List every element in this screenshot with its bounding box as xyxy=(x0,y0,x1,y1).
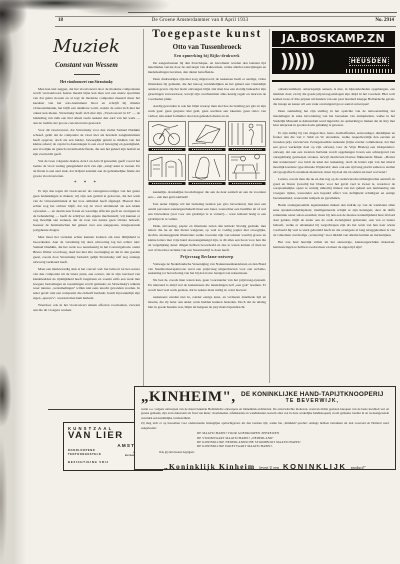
boskamp-logo-mark: ))))) HEUSDEN xyxy=(272,48,395,74)
column-divider xyxy=(143,29,144,417)
muziek-title: Muziek xyxy=(33,36,140,57)
six-panel-illustration xyxy=(148,121,266,187)
toegepast-paragraph: De aangeslotenen bij den Postchèque- en … xyxy=(148,61,266,76)
kinheim-title-line2: TE BEVERWIJK, xyxy=(236,398,389,404)
toegepast-paragraph: Aardig gevonden is ook het biljet waarop… xyxy=(148,104,266,119)
kinheim-client-list: DE MAATSCHAPPIJ VOOR GOEDKOOPEN ZEEREIZE… xyxy=(197,431,389,448)
newspaper-page: 18 De Groene Amsterdammer van 8 April 19… xyxy=(0,0,400,564)
right-paragraph: Deze aanleiding het zijn stelling in het… xyxy=(273,109,395,129)
boskamp-shapes-icon: ))))) xyxy=(272,49,343,73)
vanlier-tentoongesteld: TENTOONGESTELD xyxy=(68,453,101,456)
rule xyxy=(272,80,395,82)
column-toegepaste-kunst: Toegepaste kunst Otto van Tussenbroeck E… xyxy=(148,28,266,384)
boskamp-logo-text: JA.BOSKAMP.ZN xyxy=(272,31,395,47)
right-paragraph: Er zijn stellig bij van dragen hier, bet… xyxy=(273,131,395,175)
toegepaste-kunst-title: Toegepaste kunst xyxy=(148,28,266,40)
kinheim-ad: „KINHEIM", DE KONINKLIJKE HAND-TAPIJTKNO… xyxy=(134,386,396,470)
muziek-paragraph: Van de twee volgende deelen, Aria I en A… xyxy=(33,159,140,179)
toegepast-paragraph: Vanwege de Nederlandsche Vereeniging van… xyxy=(148,262,266,277)
muziek-paragraph: Men kan niet zeggen, dat het vioolconcer… xyxy=(33,87,140,126)
right-paragraph: onbekwaamheid, onberispelijk aaneen, is … xyxy=(273,87,395,107)
kinheim-slogan-part: „Koninklijk Kinheim xyxy=(164,462,255,471)
toegepast-paragraph: Deze drukwerkjes zijn met zorg uitgevoer… xyxy=(148,77,266,101)
stars-separator: * * * xyxy=(33,181,140,186)
muziek-byline: Constant van Wessem xyxy=(33,61,140,69)
subheading-rijksdrukwerk: Een opmerking bij Rijks-drukwerk xyxy=(148,54,266,58)
kinheim-slogan-part: product!" xyxy=(351,465,366,470)
kinheim-title-line1: DE KONINKLIJKE HAND-TAPIJTKNOOPERIJ xyxy=(236,391,389,398)
issue-number: No. 2914 xyxy=(375,18,394,23)
muziek-paragraph: Voor dit vioolconcert, dat Strawinsky vo… xyxy=(33,128,140,157)
kinheim-body: Zij mag zich er op beroemen voor onderst… xyxy=(141,421,389,430)
kinheim-slogan-part: KONINKLIJK xyxy=(283,462,347,471)
rule xyxy=(128,12,397,13)
rule xyxy=(55,16,396,17)
muziek-paragraph: Maar een merkwaardig stuk is het concert… xyxy=(33,267,140,301)
boskamp-ad: JA.BOSKAMP.ZN ))))) HEUSDEN xyxy=(272,31,395,76)
rule xyxy=(74,74,100,75)
column-right: onbekwaamheid, onberispelijk aaneen, is … xyxy=(273,87,395,379)
kinheim-slogan-part: levert U een xyxy=(259,465,279,470)
toegepast-paragraph: Een ander biljetje wil het belasting bet… xyxy=(148,202,266,222)
column-divider xyxy=(269,29,270,383)
masthead: De Groene Amsterdammer van 8 April 1933 xyxy=(0,18,400,23)
right-paragraph: Het zou heel heerlijk vallen uit het aan… xyxy=(273,240,395,250)
muziek-paragraph: Men moet het verleden echter kunnen losl… xyxy=(33,235,140,264)
kinheim-slogan: „Koninklijk Kinheim levert U een KONINKL… xyxy=(141,456,389,474)
muziek-paragraph: Er zijn dus tegen dit vioolconcert als v… xyxy=(33,189,140,233)
kinheim-name: „KINHEIM", xyxy=(141,390,236,405)
boskamp-tagline-dots xyxy=(346,69,392,73)
toegepast-paragraph: kennelijk, dronkelijke boodschapper die … xyxy=(148,190,266,200)
kinheim-body: werkt o.a. volgens ontwerpen van de mees… xyxy=(141,407,389,420)
muziek-section-heading: Het vioolconcert van Strawinsky xyxy=(33,80,140,84)
right-paragraph: Beide ondergenoemde tegenstukken maken d… xyxy=(273,203,395,237)
toegepaste-kunst-byline: Otto van Tussenbroeck xyxy=(148,43,266,51)
kinheim-client: DE KONINKLIJKE PAKETVAART MAATSCHAPPIJ. xyxy=(197,444,389,448)
toegepast-paragraph: Druk, uitvoering, papier en illustratie … xyxy=(148,224,266,253)
column-muziek: Muziek Constant van Wessem Het vioolconc… xyxy=(33,36,140,408)
prijsvraag-heading: Prijsvraag Reclame-ontwerp xyxy=(148,255,266,259)
toegepast-paragraph: teekenaars zenden niet in, zonder eenige… xyxy=(148,295,266,310)
right-paragraph: Letters, zooals men die nu en dan nog op… xyxy=(273,177,395,201)
kinheim-note: Ook gij zult moeten begrijpen: xyxy=(159,450,389,454)
rule xyxy=(55,26,396,27)
boskamp-place-label: HEUSDEN xyxy=(349,57,390,66)
muziek-paragraph: Waardoor ook in het vioolconcert enkele … xyxy=(33,303,140,313)
toegepast-paragraph: Nu ben ik, zooals men weten kan, geen vo… xyxy=(148,278,266,293)
